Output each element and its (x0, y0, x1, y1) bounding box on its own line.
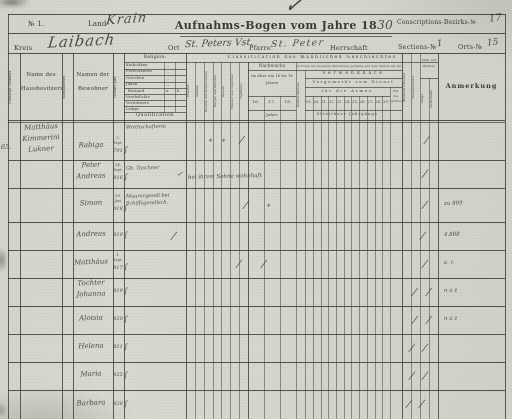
grid-line-horizontal (8, 306, 505, 307)
remark-handwritten: n a z (444, 314, 502, 322)
pen-flourish: ʃ (125, 146, 127, 154)
tally-pen-mark: + (265, 202, 272, 209)
grid-line-horizontal (8, 250, 505, 251)
ort-handwritten-value: St. Peters Vst. (184, 37, 254, 50)
pen-flourish: ʃ (125, 287, 127, 295)
nachwuchs-title: Nachwuchs (248, 63, 296, 68)
grid-line-vertical (382, 96, 383, 419)
col-stand-header: Beamte und Honoratioren (204, 64, 213, 118)
classification-title: Classification des männlichen Geschlecht… (186, 55, 438, 60)
grid-line-horizontal (248, 70, 402, 71)
owner-name-handwritten: Lukner (19, 144, 63, 154)
birth-date-year: 817 (110, 265, 126, 271)
bestand-row-label: Verehelichte (126, 95, 150, 99)
grid-line-vertical (62, 53, 63, 419)
tally-pen-mark: / (422, 259, 428, 270)
birth-date-year: 820 (110, 316, 126, 322)
armee-label: für die Armee (305, 89, 390, 93)
herrschaft-label: Herrschaft (330, 44, 368, 52)
birth-date-year: 825 (110, 372, 126, 378)
nachwuchs-year-cell: 17. (264, 99, 280, 104)
grid-line-vertical (164, 62, 165, 112)
inhabitant-name-handwritten: Tochter (70, 278, 112, 287)
conscription-district-label: Conscriptions-Bezirks-№ (397, 19, 476, 26)
nachwuchs-unit-label: Jahre (248, 112, 296, 117)
sections-label: Sections-№ (398, 43, 436, 51)
grid-line-vertical (351, 96, 352, 419)
religion-row-label: Juden (126, 82, 138, 86)
garnison-label: Für die Garnison (391, 89, 402, 104)
grid-line-vertical (321, 96, 322, 419)
pen-flourish: ʃ (125, 343, 127, 351)
kreis-label: Kreis (14, 44, 32, 52)
pen-flourish: ʃ (125, 371, 127, 379)
col-geburtsjahr-header: Geburts-Jahr (113, 58, 124, 116)
pen-flourish: ʃ (125, 231, 127, 239)
col-stand-header: Taglöhner (239, 64, 248, 118)
grid-line-horizontal (8, 188, 505, 189)
grid-line-vertical (438, 53, 439, 419)
birth-date-month: Juni (110, 199, 126, 203)
grid-line-horizontal (180, 36, 392, 37)
pfarre-handwritten-value: St. Peter (270, 38, 324, 50)
grid-line-vertical (175, 62, 176, 112)
tally-pen-mark: / (422, 200, 428, 211)
col-befreite-header: Zeitlich Befreite (296, 72, 305, 118)
inhabitant-name-handwritten: Rabiga (70, 140, 112, 149)
religion-row-value: – (167, 63, 169, 68)
col-house-number-header: Conscript.-Nummer (8, 58, 20, 116)
tally-pen-mark: / (426, 315, 432, 326)
inhabitant-name-handwritten: Aloisia (70, 313, 112, 322)
col-owner-header: Name des Hausbesitzers (21, 68, 61, 97)
tally-pen-mark: / (412, 315, 418, 326)
tally-pen-mark: / (412, 287, 418, 298)
tally-pen-mark: / (409, 371, 415, 382)
tally-pen-mark: / (422, 169, 428, 180)
orts-no-label: Orts-№ (458, 43, 482, 51)
nachwuchs-year-cell: 18. (280, 99, 296, 104)
pen-flourish: ʃ (125, 263, 127, 271)
tally-pen-mark: / (422, 371, 428, 382)
jahrgang-year-cell: 22. (328, 100, 336, 104)
land-label: Land (88, 20, 107, 28)
scan-smudge-top-left (0, 0, 30, 8)
jahrgang-year-cell: 28. (375, 100, 383, 104)
tally-pen-mark: / (409, 343, 415, 354)
birth-date-year: 819 (110, 288, 126, 294)
qualification-label: Qualification (124, 113, 186, 118)
col-urlauber-header: Zeitliche Urlauber (402, 58, 411, 116)
musterung-note: In Folge der neuesten Musterung gediente… (297, 64, 401, 68)
grid-line-vertical (429, 78, 430, 419)
jahrgaenge-label: Streitbare Jahrgänge (305, 112, 390, 116)
bestand-row-label: Ledige (126, 107, 139, 111)
nachwuchs-note: Im Alter von 16 bis 18 Jahren (250, 73, 294, 86)
birth-date-day: 29. (110, 193, 126, 198)
inhabitant-name-handwritten: Johanna (70, 289, 112, 298)
orts-no-handwritten-value: 15 (487, 38, 499, 49)
birth-date-year: 810 (110, 232, 126, 238)
birth-date-year: 828 (110, 401, 126, 407)
birth-date-day: 1. (110, 252, 126, 257)
religion-row-value: – (167, 82, 169, 87)
inhabitant-name-handwritten: Barbara (70, 398, 112, 407)
jahrgang-year-cell: 23. (336, 100, 344, 104)
jahrgang-year-cell: 24. (344, 100, 352, 104)
remark-handwritten: z. r. (444, 258, 502, 266)
col-stand-header: Häusler und Inwohner (230, 64, 239, 118)
grid-line-horizontal (8, 334, 505, 335)
scan-smudge-left-edge (0, 248, 7, 272)
grid-line-horizontal (8, 390, 505, 391)
scan-smudge-bottom-left (0, 402, 6, 418)
bestand-col-label: a. (166, 89, 170, 93)
jahrgang-year-cell: 19. (305, 100, 313, 104)
form-title-text: Aufnahms-Bogen vom Jahre 18 (175, 19, 377, 32)
grid-line-horizontal (8, 122, 505, 123)
grid-line-vertical (305, 70, 306, 419)
birth-date-month: Sept. (110, 258, 126, 262)
birth-date-month: Sept. (110, 141, 126, 145)
ort-label: Ort (168, 44, 180, 52)
tally-pen-mark: / (236, 259, 242, 270)
tally-pen-mark: / (426, 287, 432, 298)
qualification-handwritten: Schiffsgesellsch. (126, 199, 186, 207)
birth-date-day: 2. (110, 135, 126, 140)
grid-line-vertical (375, 96, 376, 419)
grid-line-vertical (248, 62, 249, 419)
birth-date-day: 14. (110, 162, 126, 167)
col-bewohner-header: Namen der Bewohner (74, 68, 112, 97)
grid-line-horizontal (8, 53, 505, 54)
grid-line-horizontal (248, 110, 296, 111)
inhabitant-name-handwritten: Peter (70, 160, 112, 169)
jahrgang-year-cell: 29. (382, 100, 390, 104)
tally-pen-mark: ✓ (176, 170, 184, 178)
jahrgang-year-cell: 21. (320, 100, 328, 104)
religion-row-value: – (167, 69, 169, 74)
birth-date-year: 821 (110, 344, 126, 350)
col-stand-header: Bauern (221, 64, 230, 118)
grid-line-vertical (359, 96, 360, 419)
inhabitant-name-handwritten: Matthäus (70, 257, 112, 266)
verwendbare-label: Verwendbare (305, 71, 402, 76)
inhabitant-name-handwritten: Andreas (70, 171, 112, 180)
col-anmerkung-header: Anmerkung (438, 82, 505, 90)
grid-line-horizontal (248, 96, 296, 97)
bestand-col-label: b. (177, 89, 181, 93)
birth-date-year: 816 (110, 175, 126, 181)
birth-date-month: Sept. (110, 168, 126, 172)
grid-line-horizontal (124, 62, 438, 63)
grid-line-vertical (344, 96, 345, 419)
title-year-handwritten: 30 (377, 18, 393, 32)
pen-flourish: ʃ (125, 173, 127, 181)
remark-handwritten: n a z (444, 286, 502, 294)
grid-line-vertical (20, 53, 21, 419)
religion-row-label: Griechen (126, 76, 144, 80)
nachwuchs-year-cell: 16. (248, 99, 264, 104)
form-title: Aufnahms-Bogen vom Jahre 1830 (172, 18, 396, 32)
jahrgang-year-cell: 26. (359, 100, 367, 104)
religion-row-value: – (167, 76, 169, 81)
grid-line-horizontal (124, 112, 186, 113)
grid-line-vertical (328, 96, 329, 419)
grid-line-vertical (336, 96, 337, 419)
grid-line-horizontal (305, 96, 390, 97)
jahrgang-year-cell: 20. (313, 100, 321, 104)
pen-flourish: ʃ (125, 400, 127, 408)
inhabitant-name-handwritten: Helena (70, 341, 112, 350)
col-stand-header: Adelige (195, 64, 204, 118)
religion-row-label: Protestanten (126, 69, 152, 73)
qualification-handwritten: Wirthschafterin (126, 123, 186, 131)
jahrgang-year-cell: 25. (351, 100, 359, 104)
inhabitant-name-handwritten: Maria (70, 369, 112, 378)
inhabitant-name-handwritten: Andreas (70, 229, 112, 238)
owner-name-handwritten: Matthäus (19, 122, 63, 132)
sections-handwritten-value: 1 (437, 39, 444, 49)
jahrgang-year-cell: 27. (367, 100, 375, 104)
grid-line-vertical (264, 96, 265, 419)
grid-line-horizontal (8, 33, 505, 34)
pfarre-label: Pfarre (249, 44, 271, 52)
grid-line-vertical (280, 96, 281, 419)
remark-handwritten: 4.888 (444, 230, 502, 238)
bestand-row-label: Verwittwete (126, 101, 149, 105)
vorgemerkt-label: Vorgemerkt zum Dienst (305, 80, 402, 84)
grid-line-horizontal (8, 14, 505, 15)
grid-line-vertical (505, 14, 506, 419)
inhabitant-name-handwritten: Simon (70, 198, 112, 207)
grid-line-vertical (8, 14, 9, 419)
weiber-box-title: Zahl der Weiber (421, 58, 438, 70)
remark-handwritten: zu 809 (444, 199, 502, 207)
col-wohnparteien-header: Wohnparteien (62, 58, 73, 116)
weiber-sub-col-header: ledige (420, 80, 429, 118)
grid-line-horizontal (8, 362, 505, 363)
tally-pen-mark: / (261, 259, 267, 270)
grid-line-horizontal (305, 87, 402, 88)
tally-pen-mark: + (220, 137, 227, 144)
tally-pen-mark: / (422, 343, 428, 354)
religion-row-label: Katholiken (126, 63, 148, 67)
grid-line-horizontal (305, 78, 402, 79)
pen-flourish: ʃ (125, 315, 127, 323)
grid-line-vertical (313, 96, 314, 419)
grid-line-vertical (411, 53, 412, 419)
grid-line-vertical (367, 96, 368, 419)
tally-pen-mark: / (171, 231, 177, 242)
grid-line-vertical (402, 53, 403, 419)
sheet-number: № 1. (28, 20, 44, 28)
birth-date-year: 818 (110, 206, 126, 212)
religion-box-title: Religion: (124, 55, 186, 60)
house-number-handwritten: 65. (1, 143, 11, 151)
note-across-columns-handwritten: bei ihrem Sohne wohnhaft (188, 171, 328, 181)
grid-line-vertical (296, 62, 297, 419)
owner-name-handwritten: Kimmerini (19, 133, 63, 143)
grid-line-horizontal (8, 222, 505, 223)
col-stand-header: Priester (186, 64, 195, 118)
scanned-census-form: № 1. Land Krain Aufnahms-Bogen vom Jahre… (0, 0, 512, 419)
bestand-title: Bestand (128, 89, 144, 93)
weiber-sub-col-header: verehelichte (429, 80, 438, 118)
birth-date-year: 791 (110, 148, 126, 154)
grid-line-vertical (390, 87, 391, 419)
col-charakterisirte-header: Charakterisirte (411, 58, 420, 116)
